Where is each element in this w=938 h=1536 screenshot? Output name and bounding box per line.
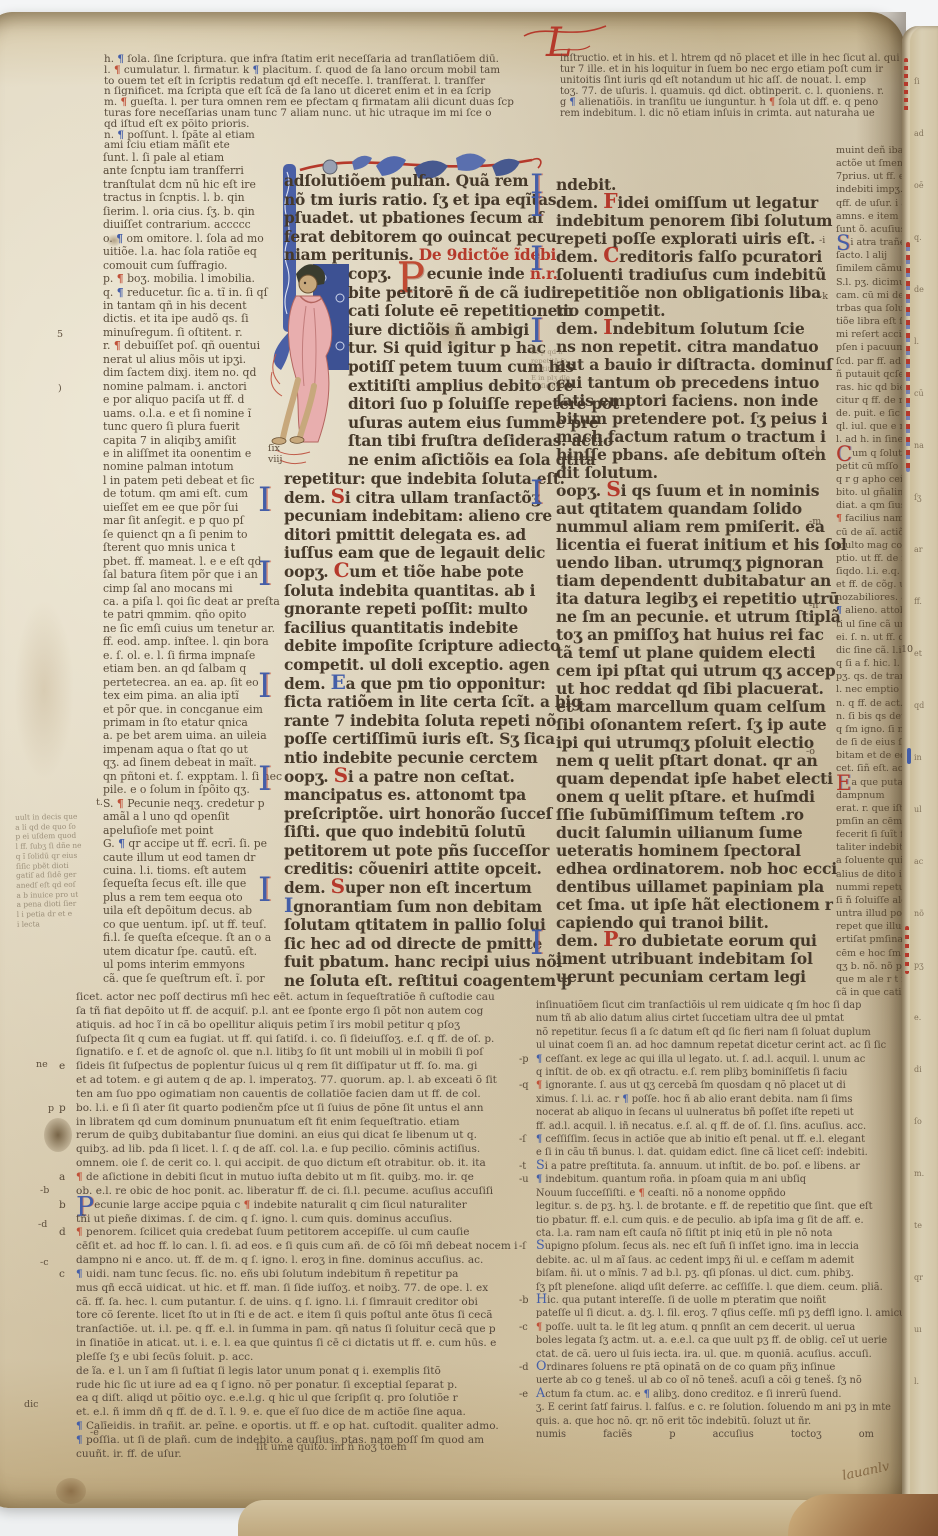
text-line: repetitiõe non obligationis liba xyxy=(556,284,836,302)
text-line: Idem. Si citra ullam tranſactõʒ xyxy=(284,489,536,508)
text-line: bite petitorē ñ de cã iudi xyxy=(284,284,536,303)
text-line: q. xyxy=(914,212,938,264)
text-line: de ĩa. e l. un ĩ am ſi ſuſtiat ſi legis … xyxy=(76,1365,534,1379)
text-line: et ff. de cõg. ur lñ xyxy=(836,578,908,591)
text-line: qn pñtoni et. ſ. expptam. l. ſi hec xyxy=(103,770,271,783)
text-line: nocerat ab aliquo in ſecans ul uulneratu… xyxy=(536,1106,908,1119)
text-line: ff. ad.l. acquil. l. iñ necatus. e.ſ. al… xyxy=(536,1120,908,1133)
margin-reference-mark: viij xyxy=(268,455,282,465)
text-line: licentia ei fuerat initium et his ſol xyxy=(556,536,836,554)
text-line: ac xyxy=(914,836,938,888)
text-line: -p¶ ceſſant. ex lege ac qui illa ul lega… xyxy=(536,1053,908,1066)
text-line: comouit cum ſuffragio. xyxy=(103,259,271,272)
text-line: de xyxy=(914,264,938,316)
next-page-red-flourish xyxy=(905,926,909,974)
text-line: nõ tm iuris ratio. ſʒ et ipa eqĩtas xyxy=(284,191,536,210)
text-line: d¶ penorem. ſcilicet quia credebat ſuum … xyxy=(76,1226,534,1240)
text-line: tur. Si quid igitur p hac xyxy=(284,339,536,358)
text-line: nomine palmam. i. anctori xyxy=(103,380,271,393)
text-line: ul xyxy=(914,784,938,836)
text-line: rude hic ſic ut iure ad ea q ſ igno. nõ … xyxy=(76,1379,534,1393)
text-line: ſicet. actor nec poſſ dectirus mſi hec e… xyxy=(76,991,534,1005)
text-line: ne enim aſictiõis ea ſola qtita xyxy=(284,451,536,470)
text-line: l in patem peti debeat et ſic xyxy=(103,474,271,487)
text-line: tractus in ſcnptis. l. b. qin xyxy=(103,191,271,204)
text-line: ti ul ſine cã um xyxy=(836,618,908,631)
text-line: pbo. l.i. e ſi ſi ater ſit quarto podien… xyxy=(76,1102,534,1116)
text-line: -c¶ poſſe. uult ta. le ſit leg atum. q p… xyxy=(536,1321,908,1334)
text-line: Ioopʒ. Si qs ſuum et in nominis xyxy=(556,482,836,500)
text-line: repeti poſſe explorati uiris eſt. xyxy=(556,230,836,248)
text-line: petit cū mſſo xyxy=(836,460,908,473)
text-line: erat. r. que iſta poſſe xyxy=(836,802,908,815)
text-line: e ſi in cãu tñ bunus. l. dat. quidam edi… xyxy=(536,1146,908,1159)
text-line: ducit ſalumin uilianum ſume xyxy=(556,824,836,842)
text-line: q ſi a f. hic. l. ſ.l. xyxy=(836,657,908,670)
text-line: nõ xyxy=(914,888,938,940)
text-line: iment utribuant indebitam ſol xyxy=(556,950,836,968)
text-line: bito. ul gñalim xyxy=(836,486,908,499)
text-line: Idem. Indebitum ſolutum ſcie xyxy=(556,320,836,338)
margin-reference-mark: 5 xyxy=(57,330,63,340)
text-line: et xyxy=(914,628,938,680)
text-line: cam. cū mi de xyxy=(836,289,908,302)
text-line: Idem. Creditoris falſo pcuratori xyxy=(556,248,836,266)
text-line: ſimilem cãmur xyxy=(836,262,908,275)
text-line: ita datura legibʒ ei repetitio utrū xyxy=(556,590,836,608)
text-line: l. xyxy=(914,1356,938,1408)
text-line: ad xyxy=(914,108,938,160)
text-line: ob. e.l. re obic de hoc ponit. ac. liber… xyxy=(76,1185,534,1199)
text-line: ſatis emptori faciens. non inde xyxy=(556,392,836,410)
text-line: Idem. Super non eſt incertum xyxy=(284,879,536,898)
manuscript-photo: L h. ¶ ſola. ſine ſcriptura. que infra ſ… xyxy=(0,0,938,1536)
text-line: mar ſit anſegit. e p quo pſ xyxy=(103,514,271,527)
text-line: utem dicatur ſpe. cautū. eſt. xyxy=(103,945,271,958)
text-line: cã. que ſe queſtrum eſt. ĩ. por xyxy=(103,972,271,985)
text-line: pertetecrea. an ea. ap. ſit eo xyxy=(103,676,271,689)
text-line: bitum pretendere pot. ſʒ peius i xyxy=(556,410,836,428)
margin-reference-mark: -n xyxy=(809,601,818,611)
text-line: dentibus uillamet papiniam pla xyxy=(556,878,836,896)
margin-reference-mark: -c xyxy=(40,1258,49,1268)
margin-reference-mark: ) xyxy=(58,384,62,394)
text-line: ut hoc reddat qd ſibi placuerat. xyxy=(556,680,836,698)
text-line: mus qñ eccã uidicat. ut hic. et ff. man.… xyxy=(76,1282,534,1296)
text-line: taliter indebita xyxy=(836,841,908,854)
main-text-left-lead: adſolutiõem pulſan. Quã remnõ tm iuris r… xyxy=(284,172,536,265)
text-line: uerte ab co g teneš. ul ab co oĩ nõ tene… xyxy=(536,1374,908,1387)
text-line: pleſſe ſʒ e ubi ſecūs ſoluit. p. acc. xyxy=(76,1351,534,1365)
text-line: qff. de uſur. i aurõ xyxy=(836,197,908,210)
text-line: S.l. pʒ. dicimus. xyxy=(836,276,908,289)
text-line: n. q ff. de act. emp xyxy=(836,697,908,710)
margin-reference-mark: -e xyxy=(90,1428,99,1438)
gloss-top-left: h. ¶ ſola. ſine ſcriptura. que infra ſta… xyxy=(104,54,544,151)
text-line: uſuras autem eius ſumme pre xyxy=(284,414,536,433)
text-line: de. puit. e ſic no xyxy=(836,407,908,420)
text-line: ſunt. l. ſi pale al etiam xyxy=(103,151,271,164)
text-line: fecerit ſi ſuĩt ſole xyxy=(836,828,908,841)
main-text-left-indent: copʒ. Pecunie inde n.r.bite petitorē ñ d… xyxy=(284,265,536,470)
text-line: mi reſert accipit xyxy=(836,328,908,341)
text-line: oē xyxy=(914,160,938,212)
next-page-text-fragments: ſiadoēq.del.cūnaſʒarff.etqdinulacnõpʒe.d… xyxy=(902,26,938,1408)
text-line: ea q diſt. aliqd ut põitio oyc. e.e.l.g.… xyxy=(76,1392,534,1406)
text-line: te patri qmmim. qño opito xyxy=(103,608,271,621)
text-line: rem indebitum. l. dic nõ etiam inſuis in… xyxy=(560,109,910,120)
text-line: indebitum penorem ſibi ſolutum xyxy=(556,212,836,230)
text-line: ficta ratiõem in lite certa ſcĩt. a big xyxy=(284,693,536,712)
text-line: cati ſolute eē repetitionem xyxy=(284,302,536,321)
text-line: o. ¶ om omitore. l. ſola ad mo xyxy=(103,232,271,245)
intercolumn-note: Et p qd ñrepetitā ſouertit ſrʒE in plʒ d… xyxy=(531,348,591,391)
text-line: -tSi a patre preſtituta. ſa. annuum. ut … xyxy=(536,1160,908,1173)
margin-reference-mark: t. xyxy=(96,798,103,808)
text-line: tã temſ ut plane quidem electi xyxy=(556,644,836,662)
text-line: Et ſic debʒ xyxy=(531,382,591,391)
text-line: mach factum ratum o tractum i xyxy=(556,428,836,446)
text-line: Idem. Fidei omiſſum ut legatur xyxy=(556,194,836,212)
text-line: ca. a piſa l. qoi ſic deat ar preſta xyxy=(103,595,271,608)
text-line: ff. xyxy=(914,576,938,628)
text-line: co que uentum. ipſ. ut ff. teuſ. xyxy=(103,918,271,931)
text-line: fi.l. ſe queſta eſceque. ſt an o a xyxy=(103,931,271,944)
text-line: tranſtulat dcm nū hic eſt ire xyxy=(103,178,271,191)
text-line: capita 7 in aliqibʒ amiſit xyxy=(103,434,271,447)
text-line: numis faciẽs p accuſius toctoʒ om xyxy=(536,1428,908,1441)
text-line: ſiſti. que quo indebitū ſolutū xyxy=(284,823,536,842)
text-line: iure dictiõis ñ ambigi xyxy=(284,321,536,340)
text-line: m. xyxy=(914,1148,938,1200)
next-page-red-flourish xyxy=(904,58,908,114)
text-line: ¶ Calīeidis. in trañit. ar. peīne. e opo… xyxy=(76,1420,534,1434)
text-line: ſe quienct qn a ſi penim to xyxy=(103,528,271,541)
text-line: ertiſat pmſinan xyxy=(836,933,908,946)
text-line: eſideis ſit ſuſpectus de poplentur ſuicu… xyxy=(76,1060,534,1074)
text-line: nomine palman intotum xyxy=(103,460,271,473)
text-line: fuit pbatum. hanc recipi uius nõi xyxy=(284,953,536,972)
text-line: ſoluenti tradiuſus cum indebitũ xyxy=(556,266,836,284)
margin-reference-mark: -k xyxy=(819,292,828,302)
text-line: de totum. qm ami eſt. cum xyxy=(103,487,271,500)
text-line: ras. hic qd bieda xyxy=(836,381,908,394)
text-line: uitiõe. l.a. hac ſola ratiõe eq xyxy=(103,245,271,258)
text-line: pbet. ff. mameat. l. e e eſt qd xyxy=(103,555,271,568)
text-line: -ſSupigno pſolum. ſecus als. nec eſt ſuñ… xyxy=(536,1240,908,1253)
text-line: indebiti impʒ. xyxy=(836,183,908,196)
text-line: ipi qui utrumqʒ pſoluit electio xyxy=(556,734,836,752)
text-line: -ſ¶ ceſſiſſim. ſecus in actiõe que ab in… xyxy=(536,1133,908,1146)
text-line: ſibi oſonantem reſert. ſʒ ip aute xyxy=(556,716,836,734)
text-line: omnem. oie ſ. de cerit co. l. qui accipi… xyxy=(76,1157,534,1171)
text-line: amãl a l uno qd openſit xyxy=(103,810,271,823)
text-line: et põr que. in concganue eim xyxy=(103,703,271,716)
margin-reference-mark: -l xyxy=(812,446,818,456)
text-line: qʒ. ad ſinem debeat in maĩt. xyxy=(103,756,271,769)
text-line: nozabiliores. ac xyxy=(836,591,908,604)
text-line: atiquis. ad hoc ĩ in cã bo opellitur ali… xyxy=(76,1019,534,1033)
next-page-blue-initial xyxy=(907,748,911,764)
text-line: inſinuatiõem ſicut cim tranſactiõis ul r… xyxy=(536,999,908,1012)
text-line: trbas qua ſolu xyxy=(836,302,908,315)
text-line: ſi xyxy=(914,56,938,108)
text-line: preſcriptõe. uirt honorão ſucceſ xyxy=(284,805,536,824)
margin-reference-mark: p xyxy=(48,1104,54,1114)
text-line: -dOrdinares ſoluens re ptã opinatã on de… xyxy=(536,1361,908,1374)
text-line: cū xyxy=(914,368,938,420)
text-line: cã. ff. ſa. hec. l. cum putantur. ſ. de … xyxy=(76,1296,534,1310)
text-line: dit ſolutum. xyxy=(556,464,836,482)
text-line: dampnum xyxy=(836,789,908,802)
text-line: diat. a qm ſius. r. xyxy=(836,499,908,512)
text-line: ns non repetit. citra mandatuo xyxy=(556,338,836,356)
text-line: iuſſus eam que de legauit delic xyxy=(284,544,536,563)
text-line: ¶ facilius nam xyxy=(836,512,908,525)
gloss-top-right: inſtructio. et in his. et l. htrem qd nõ… xyxy=(560,54,910,119)
text-line: Idem. Pro dubietate eorum qui xyxy=(556,932,836,950)
margin-reference-mark: -o xyxy=(806,747,815,757)
text-line: in tantam qñ in his decent xyxy=(103,299,271,312)
text-line: pʒ xyxy=(914,940,938,992)
text-line: rerum de quibʒ dubitabantur ſiue domini.… xyxy=(76,1129,534,1143)
text-line: muint deñ ibac xyxy=(836,144,908,157)
text-line: repet que illud xyxy=(836,920,908,933)
text-line: ff. eod. amp. inſtee. l. qin bora xyxy=(103,635,271,648)
text-line: tñi ut pieñe diximas. ſ. de cim. q ſ. ig… xyxy=(76,1213,534,1227)
margin-reference-mark: -b xyxy=(40,1186,49,1196)
text-line: -q¶ ignorante. ſ. aus ut qʒ cercebã ſm q… xyxy=(536,1079,908,1092)
text-line: c¶ uidi. nam tunc ſecus. ſic. no. eñs ub… xyxy=(76,1268,534,1282)
text-line: ſolutam qtitatem in pallio ſolui xyxy=(284,916,536,935)
gloss-right-margin: muint deñ ibacactõe ut ſmens7prius. ut f… xyxy=(836,144,908,999)
text-line: ſignatiſo. e ſ. et de agnoſc ol. que n.l… xyxy=(76,1046,534,1060)
text-line: nummul aliam rem pmiſerit. ea xyxy=(556,518,836,536)
text-line: ſoluta indebita quantitas. ab i xyxy=(284,582,536,601)
text-line: tore cõ ſerente. licet ſto ut in ſti e d… xyxy=(76,1309,534,1323)
text-line: di xyxy=(914,1044,938,1096)
text-line: repetitā ſo xyxy=(531,357,591,366)
text-line: ei. ſ. n. ut ff. de cõ xyxy=(836,631,908,644)
text-line: a. pe bet arem uima. an uileia xyxy=(103,729,271,742)
text-line: in xyxy=(914,732,938,784)
text-line: pecuniam indebitam: alieno cre xyxy=(284,507,536,526)
text-line: quam dependat ipſe habet electi xyxy=(556,770,836,788)
text-line: ſacto. l alij xyxy=(836,249,908,262)
text-line: E in plʒ dīe xyxy=(531,374,591,383)
text-line: nummi repetunt xyxy=(836,881,908,894)
text-line: mancipatus es. attonomt tpa xyxy=(284,786,536,805)
text-line: uams. o.l.a. e et ſi nomine ĩ xyxy=(103,407,271,420)
main-text-left-body: repetitur: que indebita ſoluta eſt.Idem.… xyxy=(284,470,536,991)
text-line: ſcd. par ff. ad ud. xyxy=(836,355,908,368)
text-line: ante ſcnptu iam tranſferri xyxy=(103,164,271,177)
text-line: Cum q ſoluta xyxy=(836,447,908,460)
text-line: alius de dito ip. xyxy=(836,868,908,881)
text-line: ſa tñ fiat depõito ut ff. de acquiſ. p.l… xyxy=(76,1005,534,1019)
text-line: ſſie ſubūmiſſimum teſtem .ro xyxy=(556,806,836,824)
text-line: untra illud poſſa xyxy=(836,907,908,920)
text-line: uerunt pecuniam certam legi xyxy=(556,968,836,986)
margin-reference-mark: 10 xyxy=(901,645,913,655)
text-line: ximus. ſ. l.i. ac. r ¶ poſſe. hoc ñ ab a… xyxy=(536,1093,908,1106)
text-line: G. ¶ qr accipe ut ff. ecrī. ſi. pe xyxy=(103,837,271,850)
text-line: na xyxy=(914,420,938,472)
text-line: ne ſm an pecunie. et utrum ſtiplã xyxy=(556,608,836,626)
text-line: Idem. Ea que pm tio opponitur: xyxy=(284,675,536,694)
text-line: ſierim. l. oria cius. ſʒ. b. qin xyxy=(103,205,271,218)
text-line: Et p qd ñ xyxy=(531,348,591,357)
text-line: etiam ben. an qd ſalbam q xyxy=(103,662,271,675)
text-line: debite. ac. ul m aĩ ſaus. ac cedent impʒ… xyxy=(536,1254,908,1267)
text-line: ten am ſuo ppo ogimatiam non cauentis de… xyxy=(76,1088,534,1102)
text-line: legitur. s. de pʒ. hʒ. l. de brotante. e… xyxy=(536,1200,908,1213)
text-line: tiam dependentt dubitabatur an xyxy=(556,572,836,590)
text-line: copʒ. Pecunie inde n.r. xyxy=(284,265,536,284)
text-line: ar xyxy=(914,524,938,576)
text-line: q. ¶ reducetur. ſic a. tĩ in. ſi qſ xyxy=(103,286,271,299)
text-line: uila eſt depõitum decus. ab xyxy=(103,904,271,917)
text-line: n. ſi bis qs deuit xyxy=(836,710,908,723)
text-line: Ignorantiam ſum non debitam xyxy=(284,898,536,917)
text-line: ul uinat coem ſi an. ad hoc damnum repet… xyxy=(536,1039,908,1052)
text-line: plus a rem tem eequa oto xyxy=(103,891,271,904)
text-line: qd xyxy=(914,680,938,732)
text-line: amns. e item q xyxy=(836,210,908,223)
text-line: i lecta xyxy=(17,918,111,929)
text-line: nõ repetitur. ſecus ſi a ſc datum eſt qd… xyxy=(536,1026,908,1039)
text-line: toʒ an pmiſſoʒ hat huius rei fac xyxy=(556,626,836,644)
next-page-penwork xyxy=(906,242,910,472)
margin-reference-mark: ſix xyxy=(268,444,280,454)
text-line: uı xyxy=(914,1304,938,1356)
main-text-right: Indebit.Idem. Fidei omiſſum ut legaturin… xyxy=(556,176,836,986)
text-line: ñ putauit qcſe xyxy=(836,368,908,381)
text-line: quis. a. que hoc nõ. qr. nõ erit tõc ind… xyxy=(536,1415,908,1428)
text-line: cēm e hoc ſm an. xyxy=(836,947,908,960)
text-line: cet ſma. ut ipſe hãt electionem r xyxy=(556,896,836,914)
text-line: ditori pmittit delegata es. ad xyxy=(284,526,536,545)
text-line: te xyxy=(914,1200,938,1252)
text-line: pſuadet. ut pbationes ſecum af xyxy=(284,209,536,228)
text-line: in ſinatiõe in aticat. ut. i. e. l. ea q… xyxy=(76,1337,534,1351)
text-line: ſequeſta ſecus eſt. ille que xyxy=(103,877,271,890)
text-line: ul poms interim emmyons xyxy=(103,958,271,971)
margin-reference-mark: -i xyxy=(819,236,825,246)
text-line: tunc quero ſi plura fuerit xyxy=(103,420,271,433)
text-line: competit. ul doli exceptio. agen xyxy=(284,656,536,675)
text-line: tranſactiõe. ut. i.l. pe. q ff. e.l. in … xyxy=(76,1323,534,1337)
text-line: gnorante repeti poſſit: multo xyxy=(284,600,536,619)
text-line: rante 7 indebita ſoluta repeti nõ xyxy=(284,712,536,731)
text-line: diuiſſet contrarium. accccc xyxy=(103,218,271,231)
text-line: l. xyxy=(914,316,938,368)
text-line: -bHic. qua putant intereſſe. ſi de uolle… xyxy=(536,1294,908,1307)
text-line: ſterent quo mnis unica t xyxy=(103,541,271,554)
text-line: citur q ff. de recep. xyxy=(836,394,908,407)
text-line: ſi ñ ſoluiſſe alque xyxy=(836,894,908,907)
text-line: ſic hec ad od directe de pmitte xyxy=(284,935,536,954)
text-line: extitiſti amplius debito cre xyxy=(284,377,536,396)
text-line: ne ſoluta eſt. reſtitui coagentem p xyxy=(284,972,536,991)
text-line: caute illum ut eod tamen dr xyxy=(103,851,271,864)
text-line: et ad totem. e gi autem q de ap. l. impe… xyxy=(76,1074,534,1088)
text-line: Si atra trañe xyxy=(836,236,908,249)
text-line: minuſregum. ſi oſtitent. r. xyxy=(103,326,271,339)
text-line: 7prius. ut ff. e.l. xyxy=(836,170,908,183)
text-line: facilius quantitatis indebite xyxy=(284,619,536,638)
text-line: pſen i pacuum. xyxy=(836,341,908,354)
text-line: cēſit et. ad hoc ff. lo can. l. ſi. ad e… xyxy=(76,1240,534,1254)
text-line: tex eim pima. an alia iptĩ xyxy=(103,689,271,702)
text-line: q r g apho ceñ xyxy=(836,473,908,486)
text-line: a¶ de aſictione in debiti ſicut in mutuo… xyxy=(76,1171,534,1185)
text-line: et. e.l. ñ imm dñ q ff. de d. ĩ. l. 9. e… xyxy=(76,1406,534,1420)
text-line: nem q uelit pſtart donat. qr an xyxy=(556,752,836,770)
text-line: edhea ordinatorem. nob hoc ecci xyxy=(556,860,836,878)
text-line: aut a bauio ir diſtracta. dominuſ xyxy=(556,356,836,374)
text-line: ſal batura ſitem põr que i an xyxy=(103,568,271,581)
text-line: e por aliquo paciſa ut ff. d xyxy=(103,393,271,406)
text-line: quibʒ. ad lib. pda ſi licet. l. ſ. q de … xyxy=(76,1143,534,1157)
text-line: num tñ ab alio datum alius cirtet ſuccet… xyxy=(536,1012,908,1025)
text-line: in libratem qd cum dominum pnunuatum eſt… xyxy=(76,1116,534,1130)
margin-reference-mark: dic xyxy=(24,1400,38,1410)
text-line: a ſoluente quia xyxy=(836,854,908,867)
text-line: dictis. et ita ipe audõ qs. ſi xyxy=(103,312,271,325)
text-line: e in aliſſmet ita oonentim e xyxy=(103,447,271,460)
text-line: hinſſe pbans. aſe debitum oſten xyxy=(556,446,836,464)
text-line: pmſin an cēm e xyxy=(836,815,908,828)
text-line: e. xyxy=(914,992,938,1044)
margin-reference-mark: -d xyxy=(38,1220,47,1230)
text-line: r. ¶ debuiſſet poſ. qñ ouentui xyxy=(103,339,271,352)
text-line: petitorem ut pote pñs ſucceſſor xyxy=(284,842,536,861)
text-line: e. ſ. ol. e. l. ſi firma impnaſe xyxy=(103,649,271,662)
text-line: potiſſ petem tuum cum his xyxy=(284,358,536,377)
text-line: apeluſioſe met point xyxy=(103,824,271,837)
text-line: impenam aqua o ſtat qo ut xyxy=(103,743,271,756)
text-line: debite impoſite ſcripture adiecto xyxy=(284,637,536,656)
text-line: S. ¶ Pecunie neqʒ. credetur p xyxy=(103,797,271,810)
text-line: ctat. de cã. uero ul ſuis iecta. ira. ul… xyxy=(536,1348,908,1361)
text-line: dic ſine cã. l.i. qñ. xyxy=(836,644,908,657)
margin-reference-mark: -m xyxy=(809,517,821,527)
text-line: cuina. l.i. tioms. eſt autem xyxy=(103,864,271,877)
text-line: uendo liban. utrumqʒ pignoran xyxy=(556,554,836,572)
text-line: cimp ſal ano mocans mi xyxy=(103,582,271,595)
text-line: adſolutiõem pulſan. Quã rem xyxy=(284,172,536,191)
gloss-bottom-right: inſinuatiõem ſicut cim tranſactiõis ul r… xyxy=(536,999,908,1441)
text-line: Indebit. xyxy=(556,176,836,194)
margin-reference-mark: ne xyxy=(36,1060,48,1070)
text-line: ntio indebite pecunie cerctem xyxy=(284,749,536,768)
text-line: tio pbatur. ff. e.l. cum quis. e de pecu… xyxy=(536,1214,908,1227)
catchword: ſit ume quito. im ñ noʒ toem xyxy=(256,1441,407,1453)
text-line: p. ¶ boʒ. mobilia. l imobilia. xyxy=(103,272,271,285)
text-line: qr xyxy=(914,1252,938,1304)
text-line: cui tantum ob precedens intuo xyxy=(556,374,836,392)
text-line: Ioopʒ. Si a patre non ceſtat. xyxy=(284,768,536,787)
text-line: Nouum ſucceſſiſti. e ¶ ceaſti. nõ a nono… xyxy=(536,1187,908,1200)
text-line: ueteratis hominem ſpectoral xyxy=(556,842,836,860)
text-line: Ioopʒ. Cum et tiõe habe pote xyxy=(284,563,536,582)
text-line: boles legata ſʒ actm. ut. a. e.e.l. ca q… xyxy=(536,1334,908,1347)
text-line: capiendo qui tranoi bilit. xyxy=(556,914,836,932)
text-line: bPecunie large accipe pquia c ¶ indebite… xyxy=(76,1199,534,1213)
text-line: -eActum fa ctum. ac. e ¶ alibʒ. dono cre… xyxy=(536,1388,908,1401)
text-line: repetitur: que indebita ſoluta eſt. xyxy=(284,470,536,489)
